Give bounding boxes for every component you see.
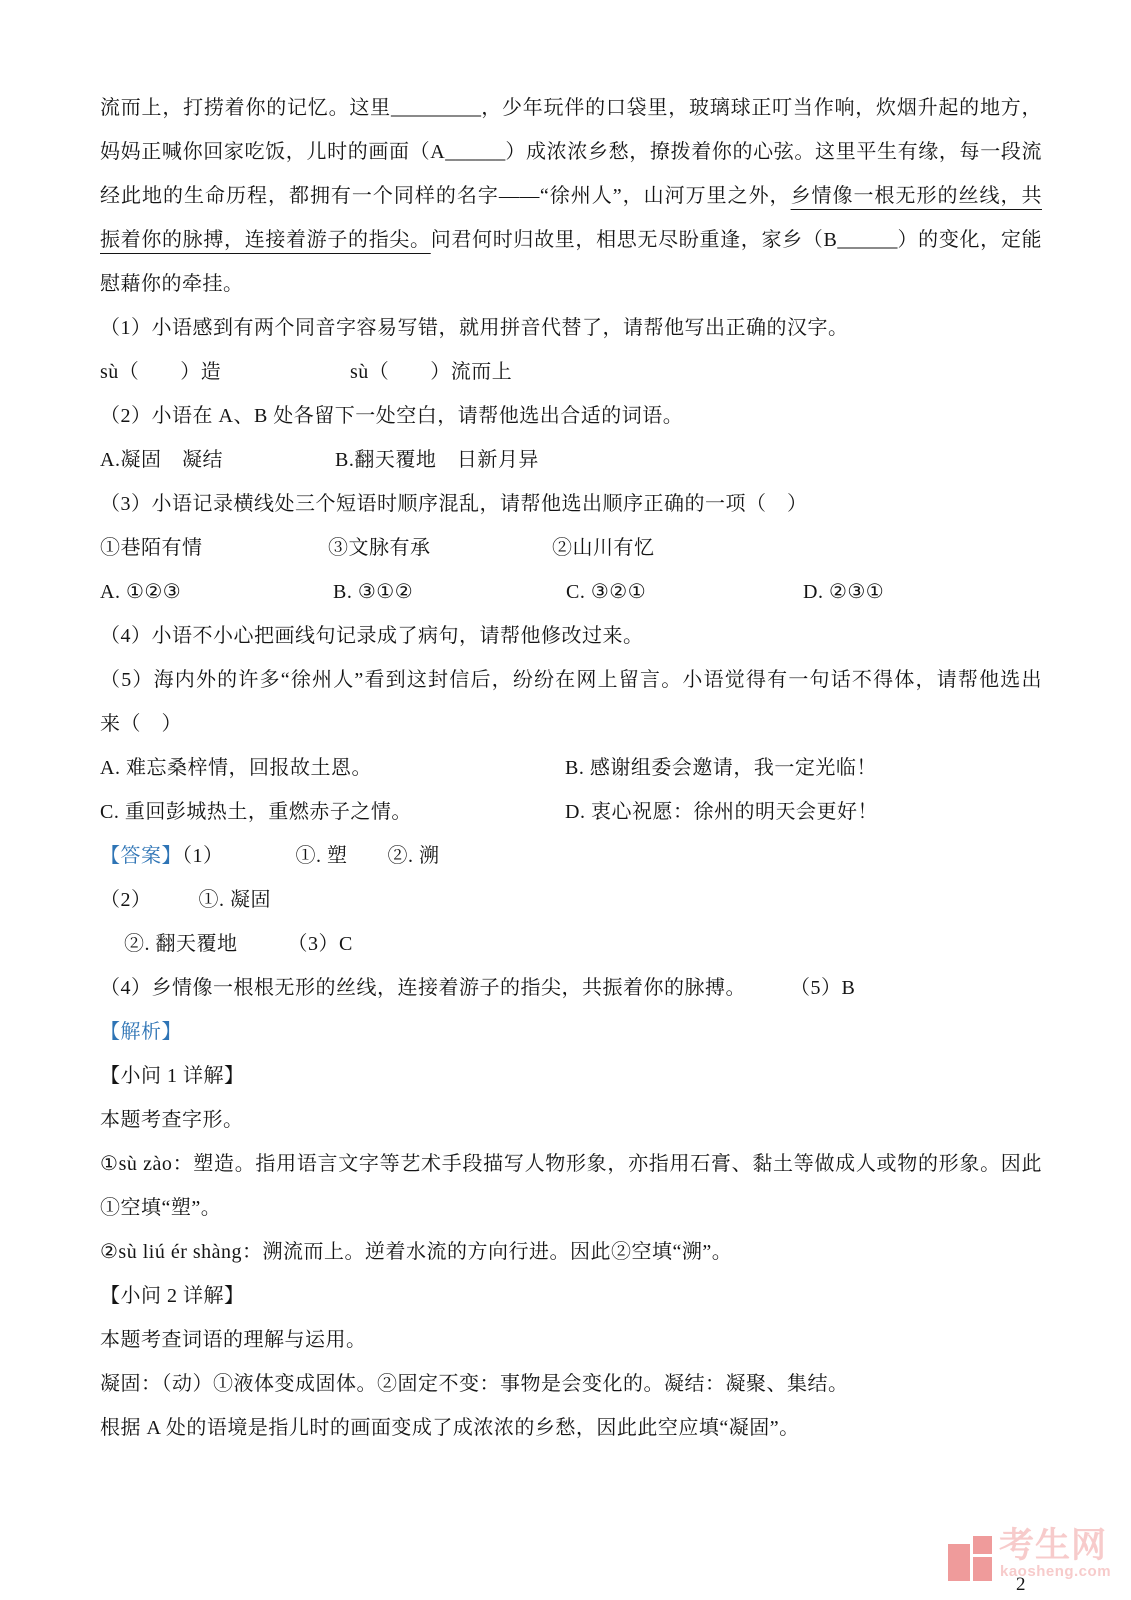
choice-D: D. 衷心祝愿：徐州的明天会更好！ [565, 801, 878, 823]
document-body: 流而上，打捞着你的记忆。这里_________，少年玩伴的口袋里，玻璃球正叮当作… [100, 86, 1042, 1450]
answer-line-4: （4）乡情像一根根无形的丝线，连接着游子的指尖，共振着你的脉搏。（5）B [100, 966, 1042, 1010]
answer-1-number: （1） [182, 845, 224, 867]
question-3-text: （3）小语记录横线处三个短语时顺序混乱，请帮他选出顺序正确的一项（ ） [100, 482, 1042, 526]
passage-text: 妈妈正喊你回家吃饭，儿时的画面（A [100, 141, 445, 163]
answer-4: （4）乡情像一根根无形的丝线，连接着游子的指尖，共振着你的脉搏。 [100, 966, 790, 1010]
passage-text: ）的变化，定能 [897, 229, 1042, 251]
choice-A: A. 难忘桑梓情，回报故土恩。 [100, 746, 565, 790]
answer-label: 【答案】 [100, 845, 182, 867]
analysis-text: 本题考查词语的理解与运用。 [100, 1318, 1042, 1362]
answer-line-3: ②. 翻天覆地（3）C [100, 922, 1042, 966]
kaosheng-logo-icon [973, 1536, 992, 1554]
fill-in-blank: _________ [391, 97, 481, 119]
choice-C: C. 重回彭城热土，重燃赤子之情。 [100, 790, 565, 834]
pinyin-item-1: sù（ ）造 [100, 350, 350, 394]
question-2-text: （2）小语在 A、B 处各留下一处空白，请帮他选出合适的词语。 [100, 394, 1042, 438]
analysis-text: 本题考查字形。 [100, 1098, 1042, 1142]
phrase-1: ①巷陌有情 [100, 526, 328, 570]
underlined-sentence-part-1: 乡情像一根无形的丝线，共 [791, 185, 1042, 207]
answer-1-item-1: ①. 塑 [296, 845, 348, 867]
analysis-text: ①空填“塑”。 [100, 1186, 1042, 1230]
answer-5: （5）B [790, 977, 855, 999]
answer-3: （3）C [288, 933, 353, 955]
answer-1-item-2: ②. 溯 [388, 845, 440, 867]
passage-text: ，少年玩伴的口袋里，玻璃球正叮当作响，炊烟升起的地方， [481, 97, 1042, 119]
question-5-text-line-1: （5）海内外的许多“徐州人”看到这封信后，纷纷在网上留言。小语觉得有一句话不得体… [100, 658, 1042, 702]
passage-line-3: 经此地的生命历程，都拥有一个同样的名字——“徐州人”，山河万里之外，乡情像一根无… [100, 174, 1042, 218]
choice-C: C. ③②① [566, 570, 803, 614]
passage-line-4: 振着你的脉搏，连接着游子的指尖。问君何时归故里，相思无尽盼重逢，家乡（B____… [100, 218, 1042, 262]
analysis-label-text: 【解析】 [100, 1021, 182, 1043]
analysis-text: 根据 A 处的语境是指儿时的画面变成了成浓浓的乡愁，因此此空应填“凝固”。 [100, 1406, 1042, 1450]
question-5-text-line-2: 来（ ） [100, 702, 1042, 746]
passage-text: 经此地的生命历程，都拥有一个同样的名字——“徐州人”，山河万里之外， [100, 185, 791, 207]
passage-line-1: 流而上，打捞着你的记忆。这里_________，少年玩伴的口袋里，玻璃球正叮当作… [100, 86, 1042, 130]
question-5-choices-row-2: C. 重回彭城热土，重燃赤子之情。D. 衷心祝愿：徐州的明天会更好！ [100, 790, 1042, 834]
watermark-brand: 考生网 [999, 1527, 1107, 1565]
page-number: 2 [1016, 1574, 1026, 1596]
choice-B: B. ③①② [333, 570, 566, 614]
answer-2-item-1: ①. 凝固 [199, 889, 272, 911]
question-2-options-row: A.凝固 凝结B.翻天覆地 日新月异 [100, 438, 1042, 482]
subquestion-2-title: 【小问 2 详解】 [100, 1274, 1042, 1318]
answer-2-number: （2） [100, 889, 152, 911]
analysis-label: 【解析】 [100, 1010, 1042, 1054]
underlined-sentence-part-2: 振着你的脉搏，连接着游子的指尖。 [100, 229, 431, 251]
fill-in-blank-B: ______ [837, 229, 897, 251]
option-B-words: B.翻天覆地 日新月异 [335, 449, 539, 471]
passage-line-2: 妈妈正喊你回家吃饭，儿时的画面（A______）成浓浓乡愁，撩拨着你的心弦。这里… [100, 130, 1042, 174]
kaosheng-logo-icon [973, 1557, 992, 1581]
answer-2-item-2: ②. 翻天覆地 [124, 933, 238, 955]
answer-line-2: （2）①. 凝固 [100, 878, 1042, 922]
question-5-choices-row-1: A. 难忘桑梓情，回报故土恩。B. 感谢组委会邀请，我一定光临！ [100, 746, 1042, 790]
subquestion-1-title: 【小问 1 详解】 [100, 1054, 1042, 1098]
passage-line-5: 慰藉你的牵挂。 [100, 262, 1042, 306]
answer-line-1: 【答案】（1）①. 塑②. 溯 [100, 834, 1042, 878]
question-1-text: （1）小语感到有两个同音字容易写错，就用拼音代替了，请帮他写出正确的汉字。 [100, 306, 1042, 350]
document-page: 流而上，打捞着你的记忆。这里_________，少年玩伴的口袋里，玻璃球正叮当作… [0, 0, 1131, 1600]
question-1-pinyin-row: sù（ ）造sù（ ）流而上 [100, 350, 1042, 394]
choice-A: A. ①②③ [100, 570, 333, 614]
pinyin-item-2: sù（ ）流而上 [350, 361, 512, 383]
analysis-text: ②sù liú ér shàng：溯流而上。逆着水流的方向行进。因此②空填“溯”… [100, 1230, 1042, 1274]
phrase-3: ③文脉有承 [328, 526, 552, 570]
kaosheng-logo-icon [948, 1544, 970, 1581]
passage-text: ）成浓浓乡愁，撩拨着你的心弦。这里平生有缘，每一段流 [505, 141, 1042, 163]
fill-in-blank-A: ______ [445, 141, 505, 163]
analysis-text: ①sù zào：塑造。指用语言文字等艺术手段描写人物形象，亦指用石膏、黏土等做成… [100, 1142, 1042, 1186]
question-3-phrases-row: ①巷陌有情③文脉有承②山川有忆 [100, 526, 1042, 570]
analysis-text: 凝固：（动）①液体变成固体。②固定不变：事物是会变化的。凝结：凝聚、集结。 [100, 1362, 1042, 1406]
phrase-2: ②山川有忆 [552, 537, 655, 559]
choice-B: B. 感谢组委会邀请，我一定光临！ [565, 757, 877, 779]
choice-D: D. ②③① [803, 581, 884, 603]
question-3-choices-row: A. ①②③B. ③①②C. ③②①D. ②③① [100, 570, 1042, 614]
passage-text: 流而上，打捞着你的记忆。这里 [100, 97, 391, 119]
passage-text: 问君何时归故里，相思无尽盼重逢，家乡（B [431, 229, 838, 251]
question-4-text: （4）小语不小心把画线句记录成了病句，请帮他修改过来。 [100, 614, 1042, 658]
option-A-words: A.凝固 凝结 [100, 438, 335, 482]
